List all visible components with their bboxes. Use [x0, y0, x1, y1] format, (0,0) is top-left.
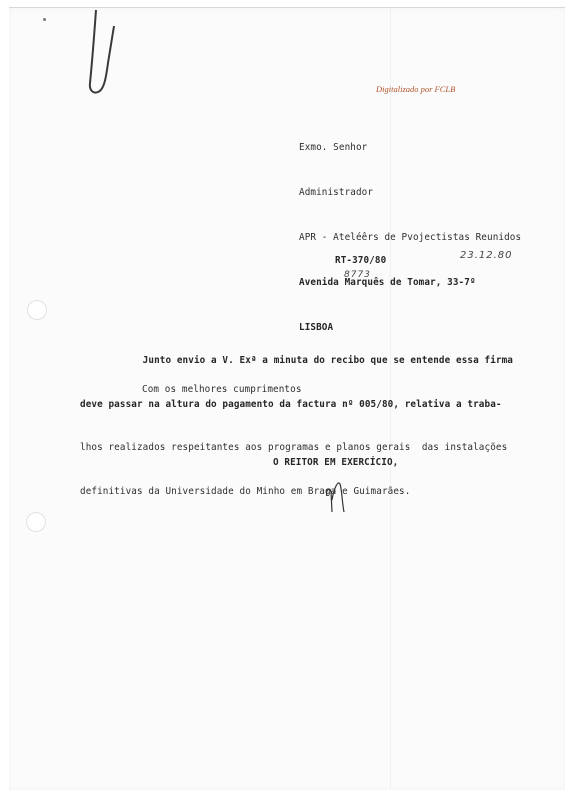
- punch-hole-top: [27, 300, 47, 320]
- paper-clip-mark: [84, 8, 124, 98]
- ink-speck: [43, 18, 46, 21]
- recipient-street: Avenida Marquês de Tomar, 33-7º: [299, 275, 521, 290]
- letter-body: Junto envio a V. Exª a minuta do recibo …: [80, 325, 513, 514]
- body-line: definitivas da Universidade do Minho em …: [80, 485, 513, 500]
- body-line: deve passar na altura do pagamento da fa…: [80, 398, 513, 413]
- digitization-watermark: Digitalizado por FCLB: [376, 84, 455, 94]
- punch-hole-bottom: [26, 512, 46, 532]
- handwritten-signature: [322, 478, 352, 516]
- recipient-role: Administrador: [299, 185, 521, 200]
- handwritten-date: 23.12.80: [460, 250, 513, 261]
- recipient-address: Exmo. Senhor Administrador APR - Ateléêr…: [299, 110, 521, 350]
- body-line: lhos realizados respeitantes aos program…: [80, 441, 513, 456]
- recipient-salutation: Exmo. Senhor: [299, 140, 521, 155]
- body-line: Junto envio a V. Exª a minuta do recibo …: [80, 354, 513, 369]
- signature-title: O REITOR EM EXERCÍCIO,: [273, 455, 398, 470]
- closing-line: Com os melhores cumprimentos: [142, 382, 302, 397]
- handwritten-number: 8773: [344, 270, 371, 280]
- reference-code: RT-370/80: [335, 253, 386, 268]
- recipient-company: APR - Ateléêrs de Pvojectistas Reunidos: [299, 230, 521, 245]
